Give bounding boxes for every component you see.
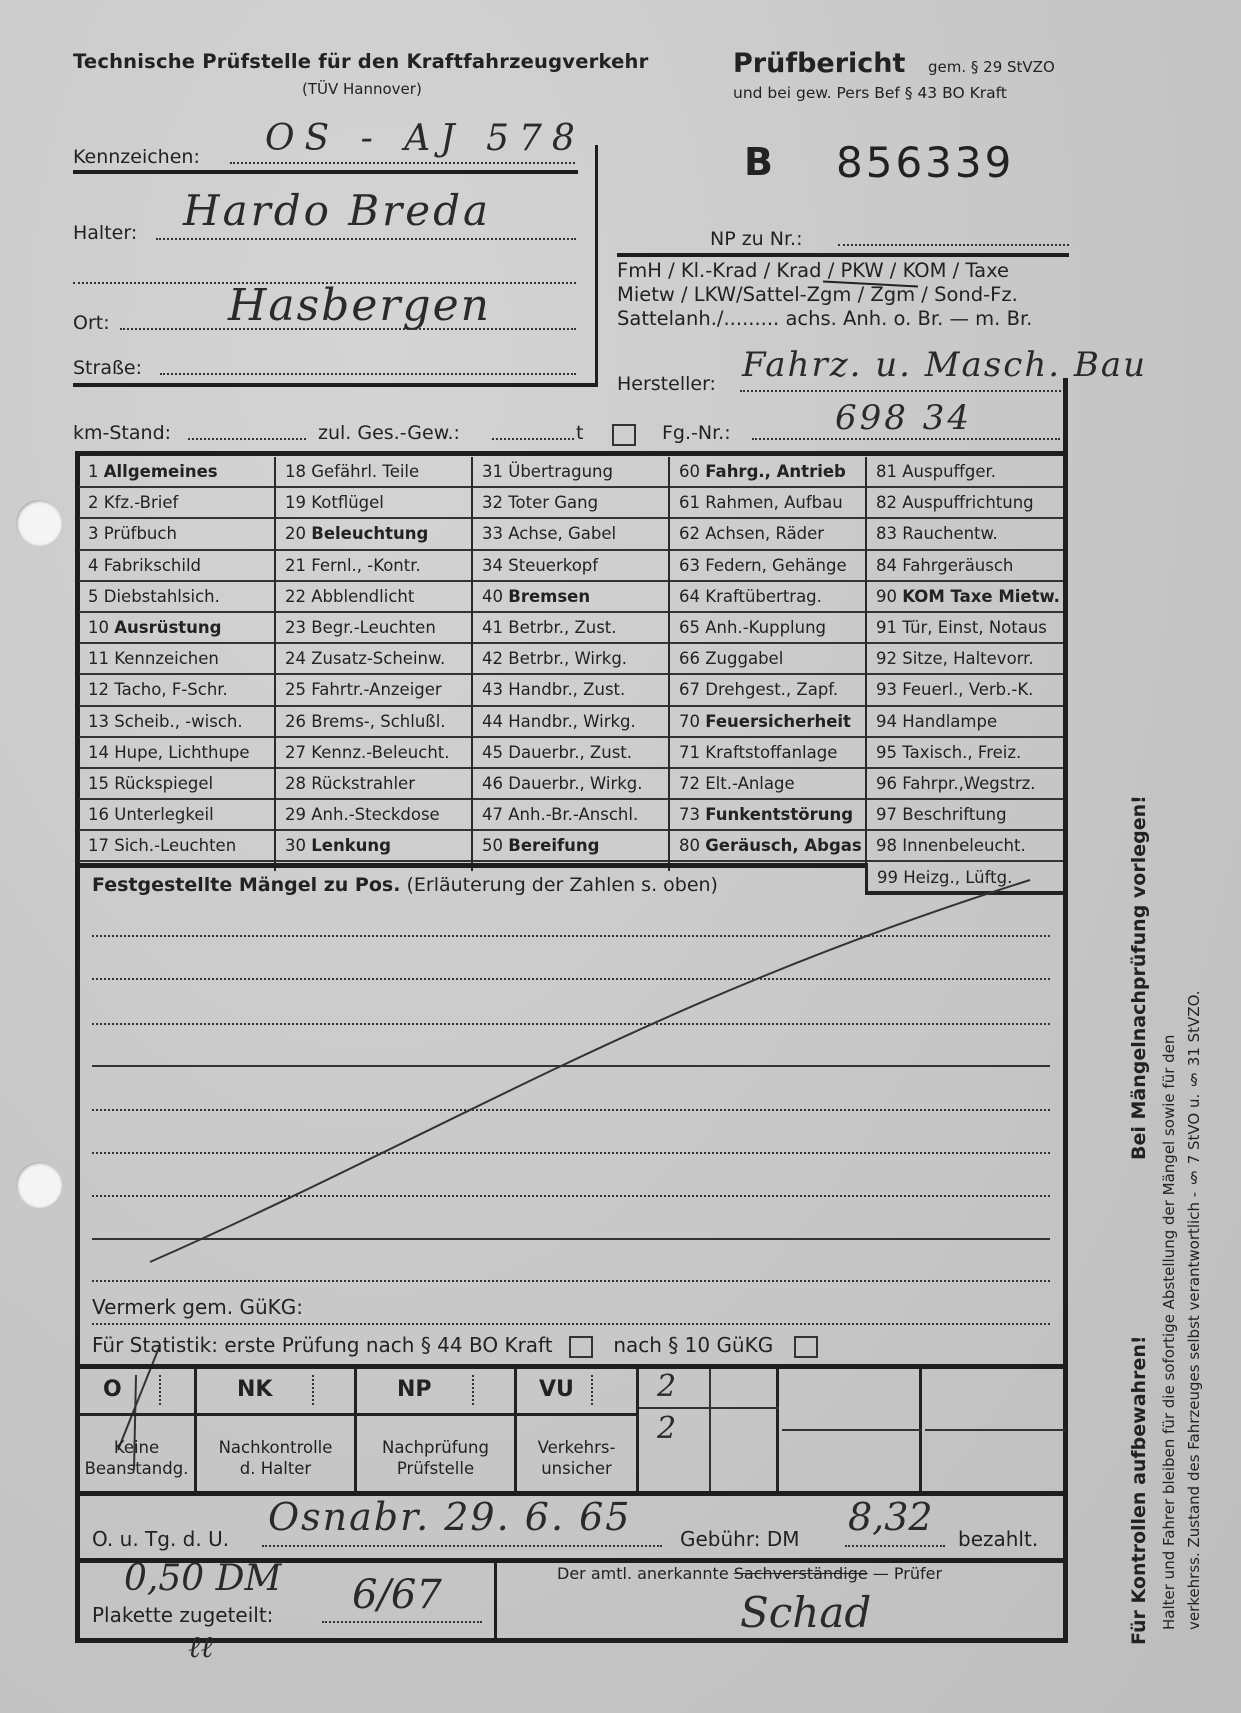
fee-dots [845,1545,945,1547]
side-note-line-1: Halter und Fahrer bleiben für die sofort… [1160,840,1178,1630]
result-nk-code: NK [237,1377,272,1402]
statistics-checkbox-2[interactable] [794,1336,818,1358]
examiner-label-pre: Der amtl. anerkannte [557,1564,734,1583]
result-np-code: NP [397,1377,432,1402]
result-o-desc-2: Beanstandg. [79,1458,194,1479]
footer-bottom-rule [75,1638,1068,1643]
result-nk-divider [312,1375,314,1405]
statistics-option-1: erste Prüfung nach § 44 BO Kraft [224,1333,552,1357]
statistics-option-2: nach § 10 GüKG [613,1333,773,1357]
plakette-initials: ℓℓ [188,1630,213,1665]
result-nk-desc-2: d. Halter [197,1458,354,1479]
plakette-note: 0,50 DM [124,1558,281,1599]
results-grid: O Keine Beanstandg. NK Nachkontrolle d. … [79,1369,639,1493]
result-nk[interactable]: NK Nachkontrolle d. Halter [197,1369,357,1493]
result-vu[interactable]: VU Verkehrs- unsicher [517,1369,639,1493]
result-vu-desc-1: Verkehrs- [517,1437,636,1458]
result-np-divider [472,1375,474,1405]
statistics-label: Für Statistik: [92,1333,218,1357]
result-vu-divider [591,1375,593,1405]
plakette-field[interactable]: 6/67 [352,1572,442,1618]
plakette-dots [322,1621,482,1623]
result-np-desc-2: Prüfstelle [357,1458,514,1479]
examiner-signature: Schad [740,1588,871,1637]
fee-field[interactable]: 8,32 [848,1495,933,1539]
result-np-desc-1: Nachprüfung [357,1437,514,1458]
result-vu-code: VU [539,1377,574,1402]
result-o-code: O [103,1377,122,1402]
place-date-label: O. u. Tg. d. U. [92,1527,229,1551]
guekg-field[interactable] [92,1323,1050,1325]
guekg-label: Vermerk gem. GüKG: [92,1295,303,1319]
examiner-label-struck: Sachverständige [734,1564,868,1583]
statistics-row: Für Statistik: erste Prüfung nach § 44 B… [92,1333,818,1358]
results-extra-grid: 2 2 [639,1369,1065,1493]
fee-suffix: bezahlt. [958,1527,1038,1551]
side-note-line-2: verkehrss. Zustand des Fahrzeuges selbst… [1185,840,1203,1630]
result-extra-mark-1: 2 [657,1369,676,1404]
result-nk-desc-1: Nachkontrolle [197,1437,354,1458]
place-date-dots [262,1545,662,1547]
side-note-keep: Für Kontrollen aufbewahren! [1128,1315,1150,1645]
result-o-divider [159,1375,161,1405]
result-o-desc-1: Keine [79,1437,194,1458]
result-o[interactable]: O Keine Beanstandg. [79,1369,197,1493]
place-date-field[interactable]: Osnabr. 29. 6. 65 [268,1495,631,1539]
statistics-checkbox-1[interactable] [569,1336,593,1358]
result-np[interactable]: NP Nachprüfung Prüfstelle [357,1369,517,1493]
result-extra-mark-2: 2 [657,1411,676,1446]
footer-split-rule [494,1560,497,1640]
plakette-label: Plakette zugeteilt: [92,1603,273,1627]
examiner-label-post: — Prüfer [868,1564,942,1583]
result-vu-desc-2: unsicher [517,1458,636,1479]
fee-label: Gebühr: DM [680,1527,799,1551]
examiner-label: Der amtl. anerkannte Sachverständige — P… [557,1564,942,1583]
side-note-present: Bei Mängelnachprüfung vorlegen! [1128,780,1150,1160]
